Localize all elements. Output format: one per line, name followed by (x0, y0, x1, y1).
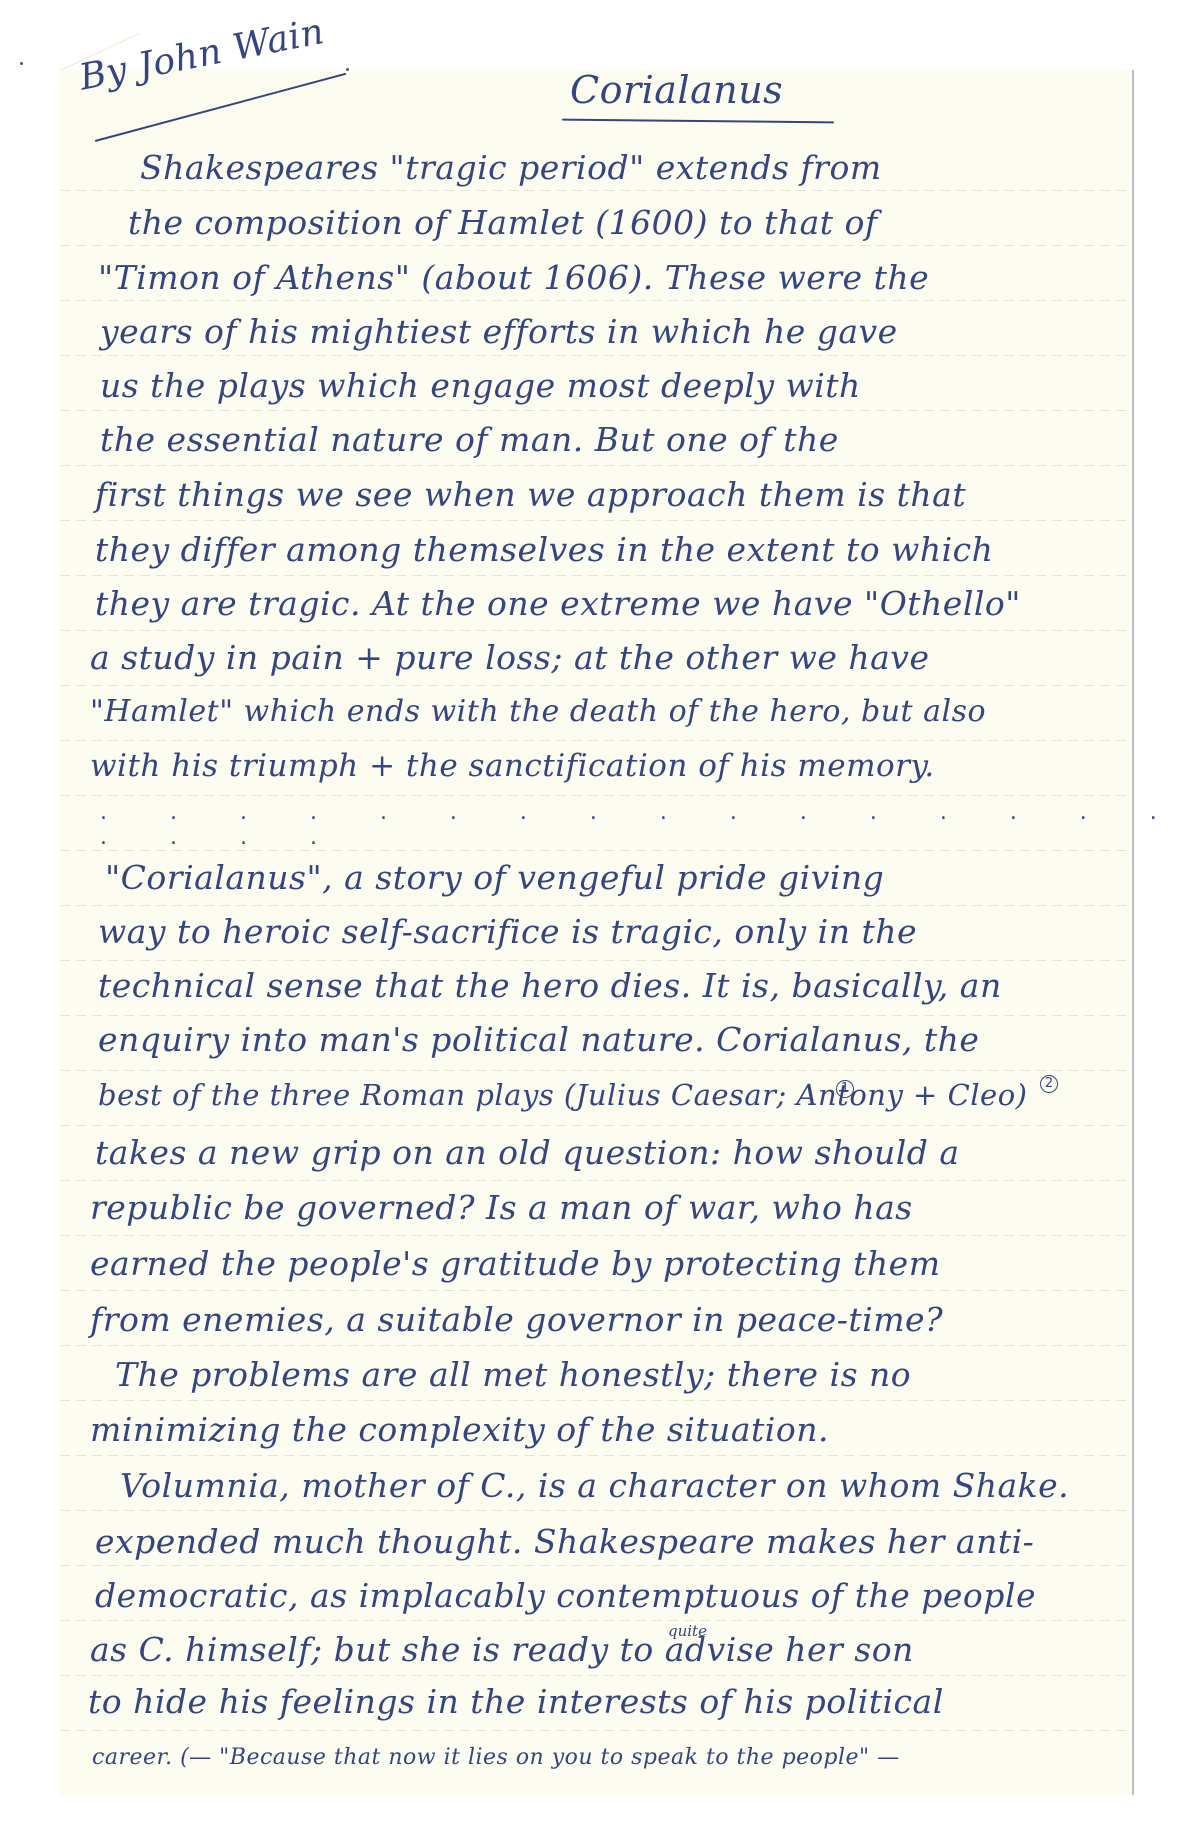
ruled-line (60, 465, 1132, 466)
ruled-line (60, 245, 1132, 246)
text-line: they differ among themselves in the exte… (95, 530, 993, 570)
text-line: expended much thought. Shakespeare makes… (95, 1522, 1034, 1562)
ruled-line (60, 960, 1132, 961)
ruled-line (60, 1290, 1132, 1291)
ruled-line (60, 1455, 1132, 1456)
text-line: first things we see when we approach the… (95, 475, 966, 515)
text-line: republic be governed? Is a man of war, w… (90, 1188, 913, 1228)
ruled-line (60, 1180, 1132, 1181)
ruled-line (60, 850, 1132, 851)
ruled-line (60, 630, 1132, 631)
ruled-line (60, 1125, 1132, 1126)
ruled-line (60, 1070, 1132, 1071)
ruled-line (60, 1620, 1132, 1621)
text-line: "Corialanus", a story of vengeful pride … (105, 858, 884, 898)
ruled-line (60, 410, 1132, 411)
ruled-line (60, 520, 1132, 521)
footnote-marker-1: 1 (836, 1080, 854, 1098)
insertion-quite: quite (668, 1622, 707, 1640)
ruled-line (60, 300, 1132, 301)
text-line: the composition of Hamlet (1600) to that… (128, 203, 878, 243)
text-line: as C. himself; but she is ready to advis… (90, 1630, 914, 1670)
ruled-line (60, 190, 1132, 191)
ruled-line (60, 1565, 1132, 1566)
ruled-line (60, 1345, 1132, 1346)
ruled-line (60, 905, 1132, 906)
ruled-line (60, 685, 1132, 686)
footnote-marker-2: 2 (1040, 1075, 1058, 1093)
text-line: the essential nature of man. But one of … (100, 420, 839, 460)
text-line: to hide his feelings in the interests of… (88, 1682, 944, 1722)
text-line: The problems are all met honestly; there… (115, 1355, 911, 1395)
text-line: best of the three Roman plays (Julius Ca… (98, 1075, 1027, 1115)
ruled-line (60, 740, 1132, 741)
ruled-line (60, 355, 1132, 356)
ruled-line (60, 575, 1132, 576)
text-line: Shakespeares "tragic period" extends fro… (140, 148, 882, 188)
text-line: technical sense that the hero dies. It i… (98, 966, 1002, 1006)
text-line: democratic, as implacably contemptuous o… (95, 1576, 1036, 1616)
text-line: from enemies, a suitable governor in pea… (90, 1300, 943, 1340)
text-line: us the plays which engage most deeply wi… (100, 366, 861, 406)
text-line: minimizing the complexity of the situati… (90, 1410, 829, 1450)
separator-dots: . . . . . . . . . . . . . . . . . . . . (100, 800, 1200, 850)
text-line: way to heroic self-sacrifice is tragic, … (98, 912, 917, 952)
document-title: Corialanus (570, 68, 783, 112)
scan-speck (20, 62, 23, 65)
text-line: enquiry into man's political nature. Cor… (98, 1020, 979, 1060)
ruled-line (60, 1730, 1132, 1731)
text-line: years of his mightiest efforts in which … (100, 312, 898, 352)
ruled-line (60, 1675, 1132, 1676)
text-line: earned the people's gratitude by protect… (90, 1244, 941, 1284)
ruled-line (60, 1235, 1132, 1236)
ruled-line (60, 1015, 1132, 1016)
text-line: "Hamlet" which ends with the death of th… (90, 692, 986, 732)
text-line: "Timon of Athens" (about 1606). These we… (98, 258, 929, 298)
text-line: they are tragic. At the one extreme we h… (95, 584, 1021, 624)
ruled-line (60, 1400, 1132, 1401)
scan-speck (346, 68, 349, 71)
text-line: Volumnia, mother of C., is a character o… (120, 1466, 1069, 1506)
text-line: takes a new grip on an old question: how… (95, 1133, 960, 1173)
text-line: career. (— "Because that now it lies on … (92, 1738, 900, 1778)
text-line: a study in pain + pure loss; at the othe… (90, 638, 929, 678)
ruled-line (60, 795, 1132, 796)
text-line: with his triumph + the sanctification of… (90, 746, 935, 786)
ruled-line (60, 1510, 1132, 1511)
